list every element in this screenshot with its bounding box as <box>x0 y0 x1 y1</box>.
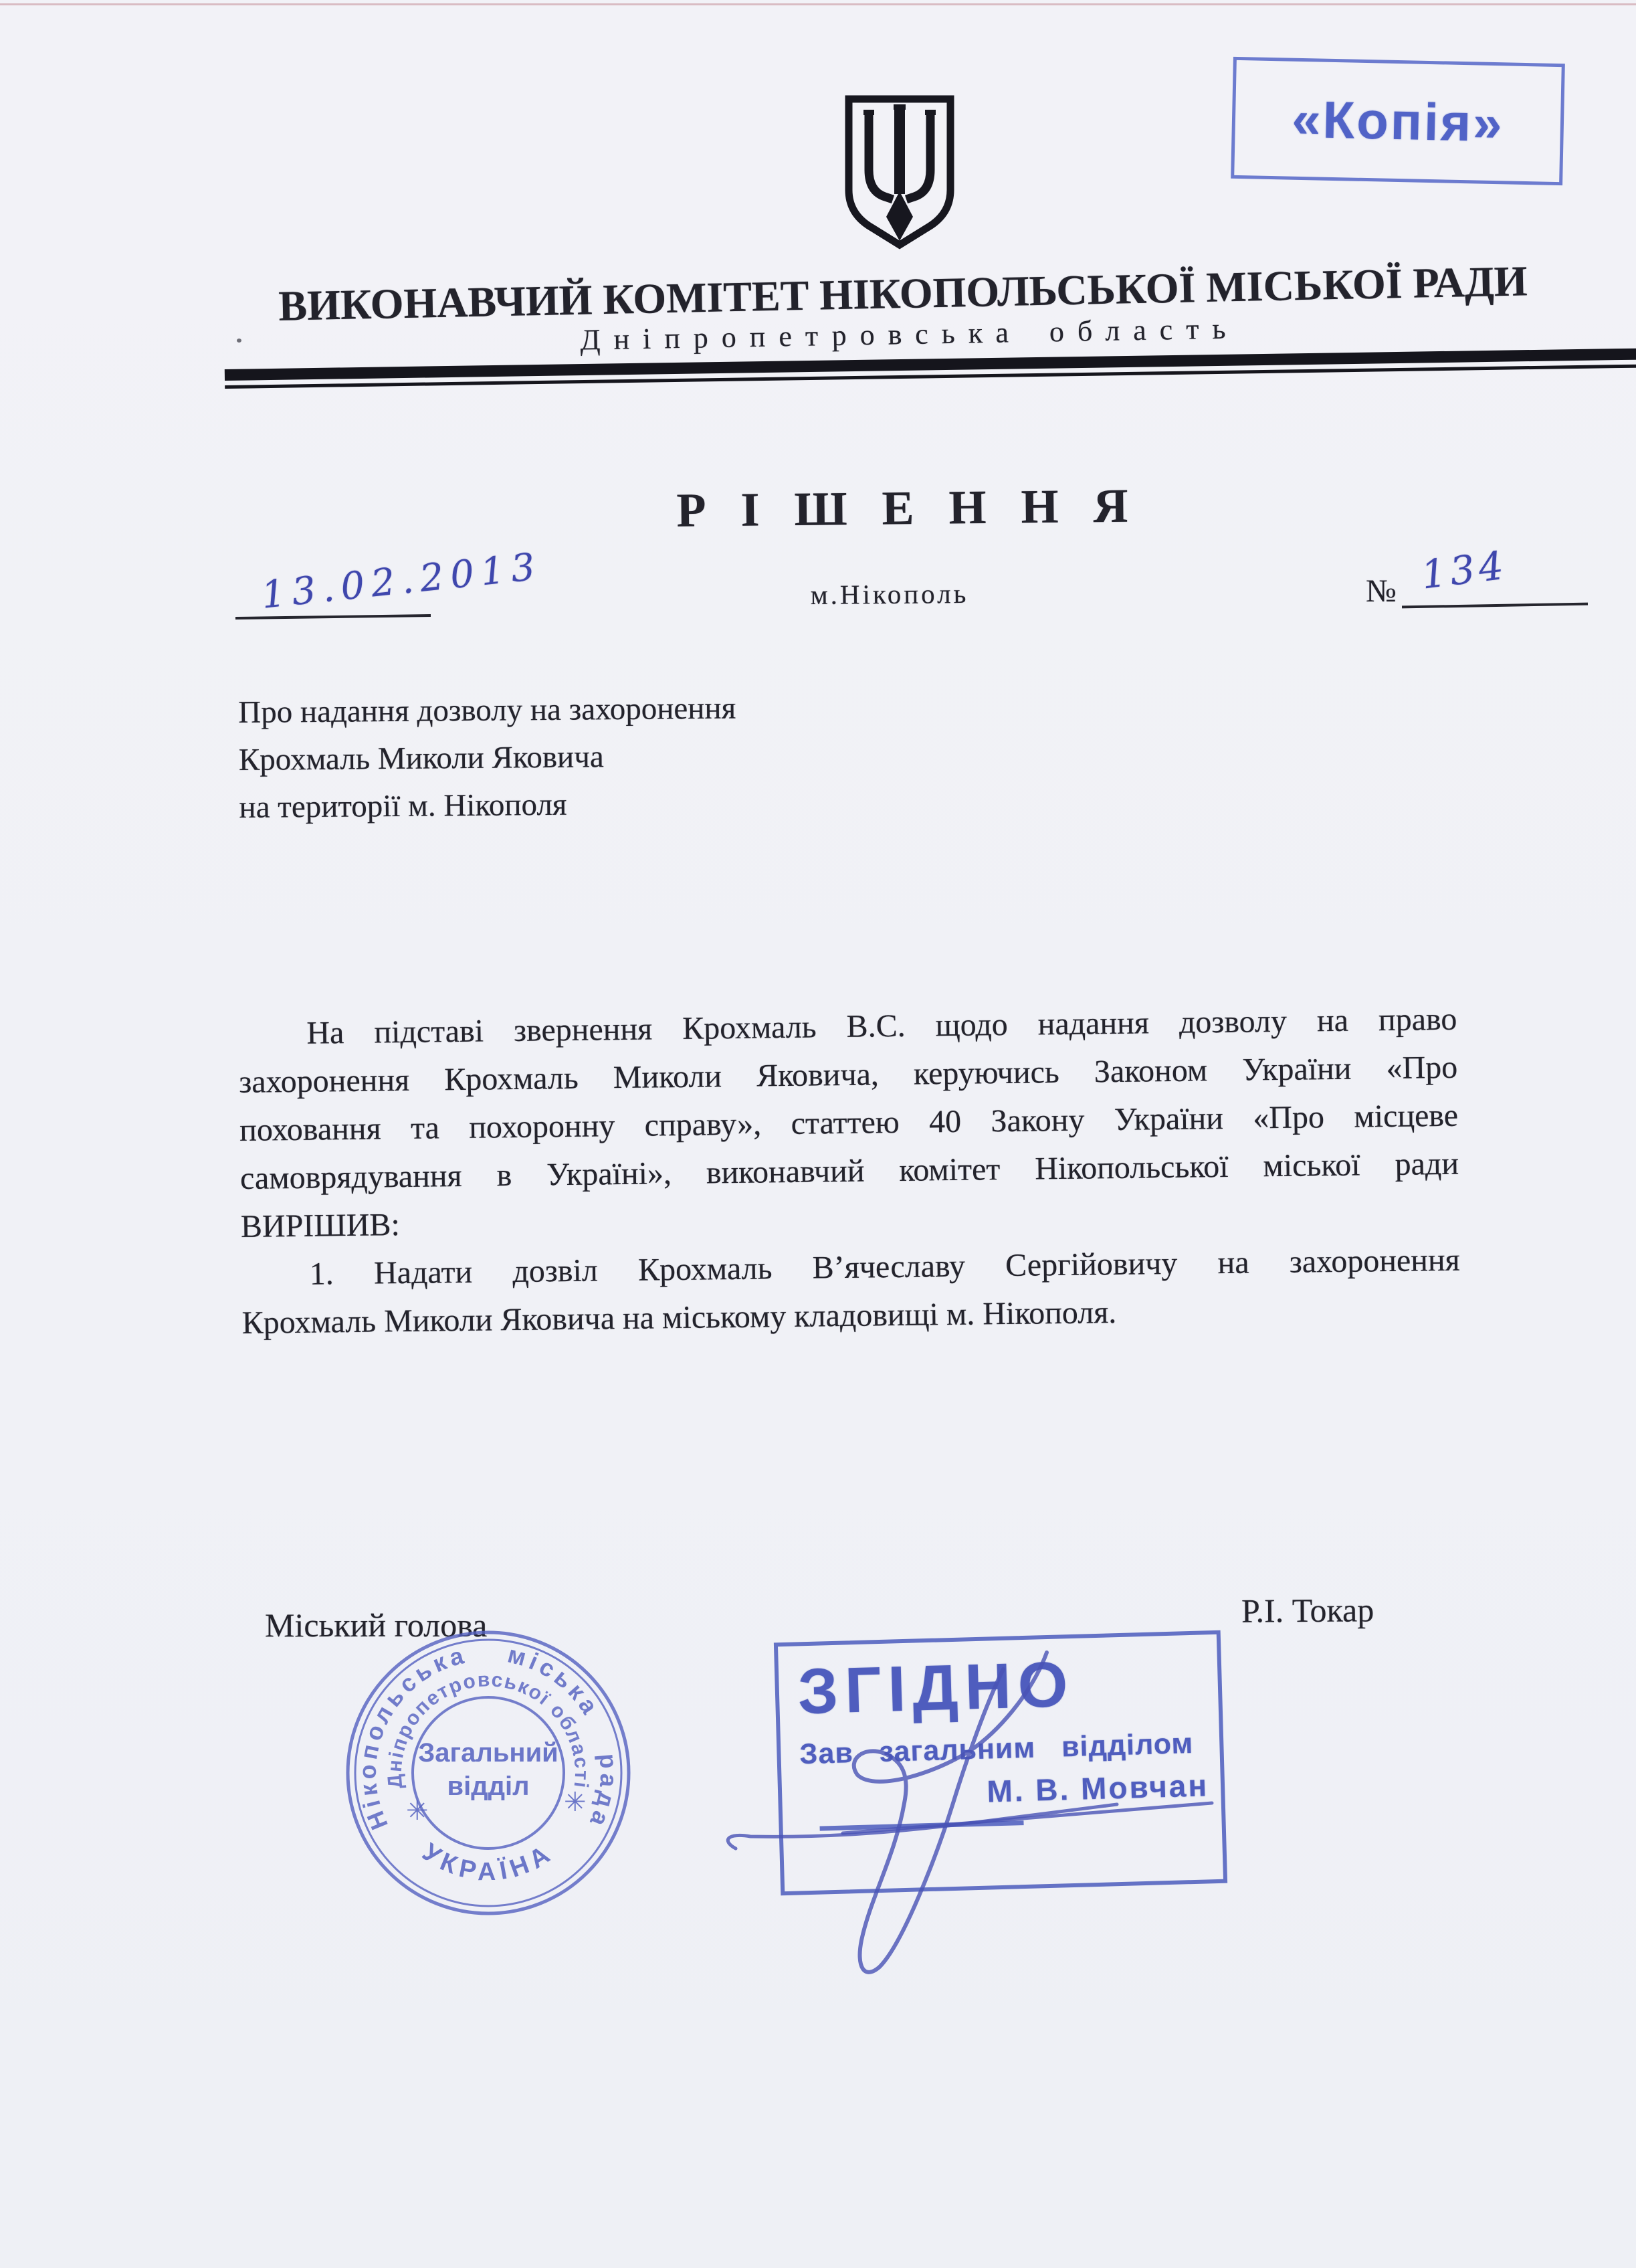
body-paragraphs: На підставі звернення Крохмаль В.С. щодо… <box>238 996 1461 1347</box>
svg-text:УКРАЇНА: УКРАЇНА <box>417 1838 559 1886</box>
signoff-name: Р.І. Токар <box>1241 1590 1374 1630</box>
subject-block: Про надання дозволу на захоронення Крохм… <box>238 682 975 832</box>
number-sign: № <box>1366 573 1397 609</box>
tryzub-icon <box>839 92 960 253</box>
round-stamp: Нікопольська міська рада Дніпропетровськ… <box>331 1616 645 1930</box>
subject-line: на території м. Нікополя <box>239 777 975 832</box>
scanned-document-page: { "document": { "copy_stamp": "«Копія»",… <box>0 0 1636 2268</box>
copy-stamp: «Копія» <box>1231 57 1565 185</box>
subject-line: Крохмаль Миколи Яковича <box>239 730 975 784</box>
scan-artifact-line <box>0 3 1636 5</box>
round-stamp-center-line2: відділ <box>447 1772 529 1801</box>
doc-title: РІШЕННЯ <box>201 473 1636 544</box>
subject-line: Про надання дозволу на захоронення <box>238 682 975 737</box>
round-stamp-country: УКРАЇНА <box>417 1838 559 1886</box>
round-stamp-star-left: ✳ <box>406 1796 429 1826</box>
copy-stamp-label: «Копія» <box>1291 88 1504 154</box>
signature-stroke <box>689 1602 1237 2004</box>
round-stamp-center-line1: Загальний <box>418 1738 558 1768</box>
round-stamp-star-right: ✳ <box>564 1788 587 1817</box>
